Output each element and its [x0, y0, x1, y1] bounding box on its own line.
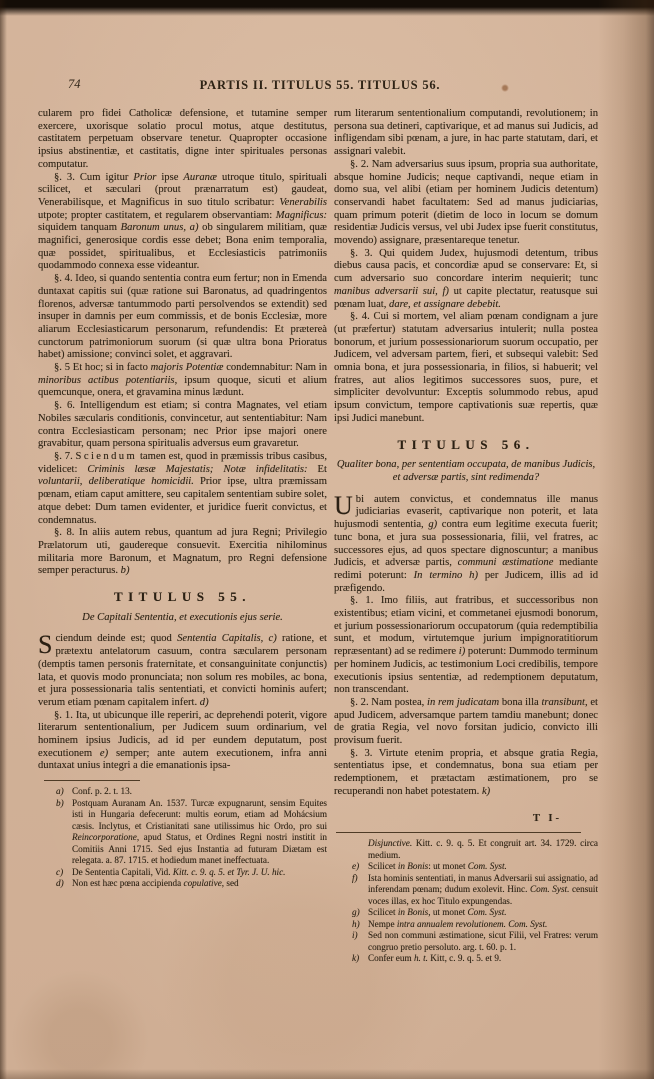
footnote-separator — [336, 832, 581, 833]
footnote-separator — [44, 780, 140, 781]
drop-cap: U — [334, 495, 353, 516]
footnote-label: e) — [352, 861, 359, 873]
titulus-56-subtitle: Qualiter bona, per sententiam occupata, … — [334, 459, 598, 484]
footnote-label: h) — [352, 919, 360, 931]
continuation-paragraph: cularem pro fidei Catholicæ defensione, … — [38, 108, 327, 172]
footnote-label: k) — [352, 953, 359, 965]
footnote-label: c) — [56, 867, 63, 879]
footnote: g)Scilicet in Bonis, ut monet Com. Syst. — [368, 907, 598, 919]
footnote: Disjunctive. Kitt. c. 9. q. 5. Et congru… — [368, 838, 598, 861]
footnote: h)Nempe intra annualem revolutionem. Com… — [368, 919, 598, 931]
page-edge-top — [0, 0, 654, 16]
page-edge-left — [0, 0, 7, 1079]
footnote-label: d) — [56, 878, 64, 890]
footnote: k)Confer eum h. t. Kitt, c. 9. q. 5. et … — [368, 953, 598, 965]
paragraph-sec-3: §. 3. Qui quidem Judex, hujusmodi detent… — [334, 248, 598, 312]
catchword: T I- — [334, 813, 598, 826]
footnote: c)De Sententia Capitali, Vid. Kitt. c. 9… — [72, 867, 327, 879]
titulus-56-opening-paragraph: Ubi autem convictus, et condemnatus ille… — [334, 494, 598, 596]
footnotes-right: Disjunctive. Kitt. c. 9. q. 5. Et congru… — [334, 838, 598, 965]
footnote: d)Non est hæc pœna accipienda copulative… — [72, 878, 327, 890]
footnote: a)Conf. p. 2. t. 13. — [72, 786, 327, 798]
paragraph-t56-sec-3: §. 3. Virtute etenim propria, et absque … — [334, 748, 598, 799]
paragraph-t55-sec-1: §. 1. Ita, ut ubicunque ille reperiri, a… — [38, 710, 327, 774]
footnote-label: a) — [56, 786, 64, 798]
titulus-55-subtitle: De Capitali Sententia, et executionis ej… — [38, 612, 327, 625]
titulus-55-heading: TITULUS 55. — [38, 591, 327, 604]
drop-cap: S — [38, 634, 52, 655]
footnote-label: i) — [352, 930, 358, 942]
running-header: PARTIS II. TITULUS 55. TITULUS 56. — [0, 78, 640, 93]
continuation-paragraph: rum literarum sententionalium computandi… — [334, 108, 598, 159]
paragraph-sec-7: §. 7. Sciendum tamen est, quod in præmis… — [38, 451, 327, 527]
left-column: cularem pro fidei Catholicæ defensione, … — [38, 108, 327, 1074]
footnote-label: b) — [56, 798, 64, 810]
paragraph-t56-sec-2: §. 2. Nam postea, in rem judicatam bona … — [334, 697, 598, 748]
footnote: i)Sed non communi æstimatione, sicut Fil… — [368, 930, 598, 953]
footnotes-left: a)Conf. p. 2. t. 13.b)Postquam Auranam A… — [38, 786, 327, 890]
footnote: e)Scilicet in Bonis: ut monet Com. Syst. — [368, 861, 598, 873]
paragraph-sec-4: §. 4. Cui si mortem, vel aliam pœnam con… — [334, 311, 598, 425]
paragraph-t56-sec-1: §. 1. Imo filiis, aut fratribus, et succ… — [334, 595, 598, 697]
footnote: f)Ista hominis sententiati, in manus Adv… — [368, 873, 598, 908]
footnote-label: f) — [352, 873, 358, 885]
titulus-56-heading: TITULUS 56. — [334, 439, 598, 452]
scanned-page: 74 PARTIS II. TITULUS 55. TITULUS 56. cu… — [0, 0, 654, 1079]
paragraph-sec-2: §. 2. Nam adversarius suus ipsum, propri… — [334, 159, 598, 248]
right-column: rum literarum sententionalium computandi… — [334, 108, 598, 1074]
footnote-label: g) — [352, 907, 360, 919]
paragraph-sec-8: §. 8. In aliis autem rebus, quantum ad j… — [38, 527, 327, 578]
footnote: b)Postquam Auranam An. 1537. Turcæ expug… — [72, 798, 327, 867]
page-edge-right — [598, 0, 654, 1079]
titulus-55-opening-paragraph: Sciendum deinde est; quod Sententia Capi… — [38, 633, 327, 709]
paragraph-sec-3: §. 3. Cum igitur Prior ipse Auranæ utroq… — [38, 172, 327, 274]
paragraph-sec-4: §. 4. Ideo, si quando sententia contra e… — [38, 273, 327, 362]
paragraph-sec-6: §. 6. Intelligendum est etiam; si contra… — [38, 400, 327, 451]
paragraph-sec-5: §. 5 Et hoc; si in facto majoris Potenti… — [38, 362, 327, 400]
